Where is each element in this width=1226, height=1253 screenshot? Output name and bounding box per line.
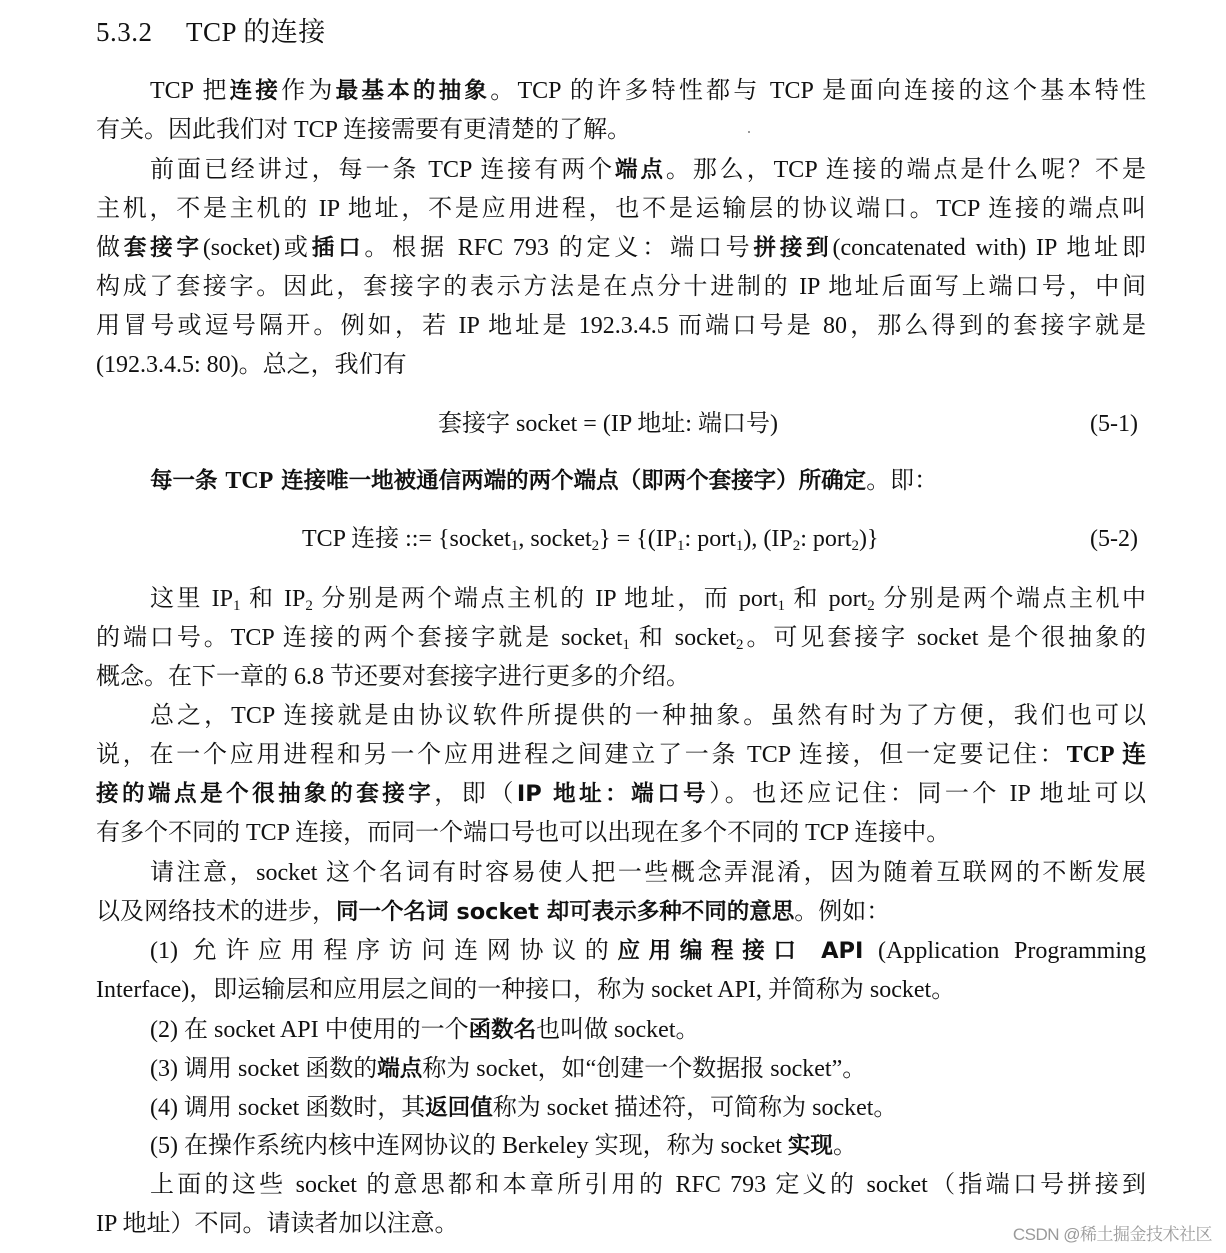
subscript: 1	[622, 637, 630, 653]
section-heading: 5.3.2TCP 的连接	[96, 12, 326, 52]
text: TCP 把	[150, 78, 230, 104]
subscript: 1	[677, 538, 685, 554]
bold-text: 连接唯一地被通信两端的两个端点（即两个套接字）所确定	[273, 468, 866, 494]
paragraph-2-line-4: 构成了套接字。因此，套接字的表示方法是在点分十进制的 IP 地址后面写上端口号，…	[96, 268, 1146, 307]
equation-5-2: TCP 连接 ::= {socket1, socket2} = {(IP1: p…	[302, 520, 879, 559]
paragraph-3-line-2: 的端口号。TCP 连接的两个套接字就是 socket1 和 socket2。可见…	[96, 619, 1146, 658]
bold-text: 每一条	[150, 468, 225, 494]
paragraph-2-line-5: 用冒号或逗号隔开。例如，若 IP 地址是 192.3.4.5 而端口号是 80，…	[96, 307, 1146, 346]
text: )}	[859, 526, 879, 552]
text: ）。也还应记住：同一个 IP 地址可以	[709, 781, 1146, 807]
paragraph-3-line-3: 概念。在下一章的 6.8 节还要对套接字进行更多的介绍。	[96, 658, 1146, 697]
text: (4) 调用 socket 函数时，其	[150, 1095, 425, 1121]
equation-5-1-number: (5-1)	[1090, 405, 1138, 444]
paragraph-2-line-6: (192.3.4.5: 80)。总之，我们有	[96, 346, 1146, 385]
equation-5-2-number: (5-2)	[1090, 520, 1138, 559]
text: 的端口号。TCP 连接的两个套接字就是 socket	[96, 625, 622, 651]
text: } = {(IP	[599, 526, 677, 552]
bold-statement: 每一条 TCP 连接唯一地被通信两端的两个端点（即两个套接字）所确定。即：	[150, 462, 938, 501]
subscript: 2	[852, 538, 860, 554]
text: , socket	[518, 526, 591, 552]
text: 和 port	[785, 586, 867, 612]
text: (concatenated with) IP 地址即	[833, 235, 1146, 261]
bold-term: 返回值	[425, 1095, 493, 1121]
paragraph-4-line-1: 总之，TCP 连接就是由协议软件所提供的一种抽象。虽然有时为了方便，我们也可以	[150, 697, 1146, 736]
text: 分别是两个端点主机的 IP 地址，而 port	[313, 586, 778, 612]
bold-term: 端点	[377, 1056, 422, 1082]
equation-5-1: 套接字 socket = (IP 地址: 端口号)	[438, 405, 778, 444]
text: ), (IP	[743, 526, 792, 552]
bold-term: 同一个名词 socket 却可表示多种不同的意思	[336, 899, 794, 925]
text: 和 IP	[240, 586, 305, 612]
bold-term: TCP 连	[1067, 742, 1146, 768]
text: : port	[800, 526, 851, 552]
bold-term: 应用编程接口 API	[618, 938, 864, 964]
subscript: 2	[867, 598, 875, 614]
text: 。可见套接字 socket 是个很抽象的	[744, 625, 1146, 651]
paragraph-3-line-1: 这里 IP1 和 IP2 分别是两个端点主机的 IP 地址，而 port1 和 …	[150, 580, 1146, 619]
bold-text: TCP	[225, 468, 273, 494]
bold-term: IP 地址：端口号	[517, 781, 709, 807]
list-item-1-continued: Interface)，即运输层和应用层之间的一种接口，称为 socket API…	[96, 971, 1146, 1010]
paragraph-5-line-1: 请注意，socket 这个名词有时容易使人把一些概念弄混淆，因为随着互联网的不断…	[150, 854, 1146, 893]
bold-term: 实现	[788, 1133, 833, 1159]
bold-term: 函数名	[469, 1017, 537, 1043]
text: 前面已经讲过，每一条 TCP 连接有两个	[150, 157, 615, 183]
bold-term: 接的端点是个很抽象的套接字	[96, 781, 434, 807]
text: 做	[96, 235, 124, 261]
bold-term: 端点	[615, 157, 666, 183]
paragraph-2-line-1: 前面已经讲过，每一条 TCP 连接有两个端点。那么，TCP 连接的端点是什么呢？…	[150, 151, 1146, 190]
text: (1) 允许应用程序访问连网协议的	[150, 938, 618, 964]
paragraph-6-line-2: IP 地址）不同。请读者加以注意。	[96, 1205, 1146, 1244]
paragraph-4-line-3: 接的端点是个很抽象的套接字，即（IP 地址：端口号）。也还应记住：同一个 IP …	[96, 775, 1146, 814]
watermark: CSDN @稀土掘金技术社区	[1013, 1220, 1212, 1245]
subscript: 1	[778, 598, 786, 614]
text: 作为	[281, 78, 336, 104]
list-item-2: (2) 在 socket API 中使用的一个函数名也叫做 socket。	[150, 1011, 1146, 1050]
list-item-4: (4) 调用 socket 函数时，其返回值称为 socket 描述符，可简称为…	[150, 1089, 1146, 1128]
section-title: TCP 的连接	[186, 17, 326, 47]
text: 。	[833, 1133, 857, 1159]
text: (3) 调用 socket 函数的	[150, 1056, 377, 1082]
text: (5) 在操作系统内核中连网协议的 Berkeley 实现，称为 socket	[150, 1133, 788, 1159]
text: 。例如：	[794, 899, 890, 925]
text: (2) 在 socket API 中使用的一个	[150, 1017, 469, 1043]
text: 分别是两个端点主机中	[875, 586, 1146, 612]
text: 说，在一个应用进程和另一个应用进程之间建立了一条 TCP 连接，但一定要记住：	[96, 742, 1067, 768]
paragraph-5-line-2: 以及网络技术的进步，同一个名词 socket 却可表示多种不同的意思。例如：	[96, 893, 1146, 932]
text: 称为 socket 描述符，可简称为 socket。	[493, 1095, 898, 1121]
bold-term: 拼接到	[754, 235, 833, 261]
bold-term: 连接	[230, 78, 282, 104]
paragraph-1-line-2: 有关。因此我们对 TCP 连接需要有更清楚的了解。	[96, 111, 1146, 150]
text: ，即（	[434, 781, 517, 807]
paragraph-6-line-1: 上面的这些 socket 的意思都和本章所引用的 RFC 793 定义的 soc…	[150, 1166, 1146, 1205]
subscript: 2	[736, 637, 744, 653]
paragraph-4-line-4: 有多个不同的 TCP 连接，而同一个端口号也可以出现在多个不同的 TCP 连接中…	[96, 814, 1146, 853]
text: 这里 IP	[150, 586, 233, 612]
text: 。即：	[866, 468, 938, 494]
text: (socket)或	[203, 235, 312, 261]
bold-term: 最基本的抽象	[336, 78, 491, 104]
text: 也叫做 socket。	[536, 1017, 699, 1043]
bold-term: 插口	[312, 235, 365, 261]
paragraph-2-line-3: 做套接字(socket)或插口。根据 RFC 793 的定义：端口号拼接到(co…	[96, 229, 1146, 268]
subscript: 2	[305, 598, 313, 614]
text: 。根据 RFC 793 的定义：端口号	[364, 235, 753, 261]
paragraph-4-line-2: 说，在一个应用进程和另一个应用进程之间建立了一条 TCP 连接，但一定要记住：T…	[96, 736, 1146, 775]
paragraph-1-line-1: TCP 把连接作为最基本的抽象。TCP 的许多特性都与 TCP 是面向连接的这个…	[150, 72, 1146, 111]
list-item-1: (1) 允许应用程序访问连网协议的应用编程接口 API (Application…	[150, 932, 1146, 971]
text: (Application Programming	[863, 938, 1146, 964]
bold-term: 套接字	[124, 235, 203, 261]
text: : port	[685, 526, 736, 552]
text: TCP 连接 ::= {socket	[302, 526, 511, 552]
text: 。那么，TCP 连接的端点是什么呢？不是	[666, 157, 1146, 183]
text: 称为 socket，如“创建一个数据报 socket”。	[422, 1056, 866, 1082]
list-item-3: (3) 调用 socket 函数的端点称为 socket，如“创建一个数据报 s…	[150, 1050, 1146, 1089]
text: 和 socket	[630, 625, 736, 651]
text: 以及网络技术的进步，	[96, 899, 336, 925]
paragraph-2-line-2: 主机，不是主机的 IP 地址，不是应用进程，也不是运输层的协议端口。TCP 连接…	[96, 190, 1146, 229]
text: 。TCP 的许多特性都与 TCP 是面向连接的这个基本特性	[490, 78, 1146, 104]
section-number: 5.3.2	[96, 12, 186, 52]
list-item-5: (5) 在操作系统内核中连网协议的 Berkeley 实现，称为 socket …	[150, 1127, 1146, 1166]
